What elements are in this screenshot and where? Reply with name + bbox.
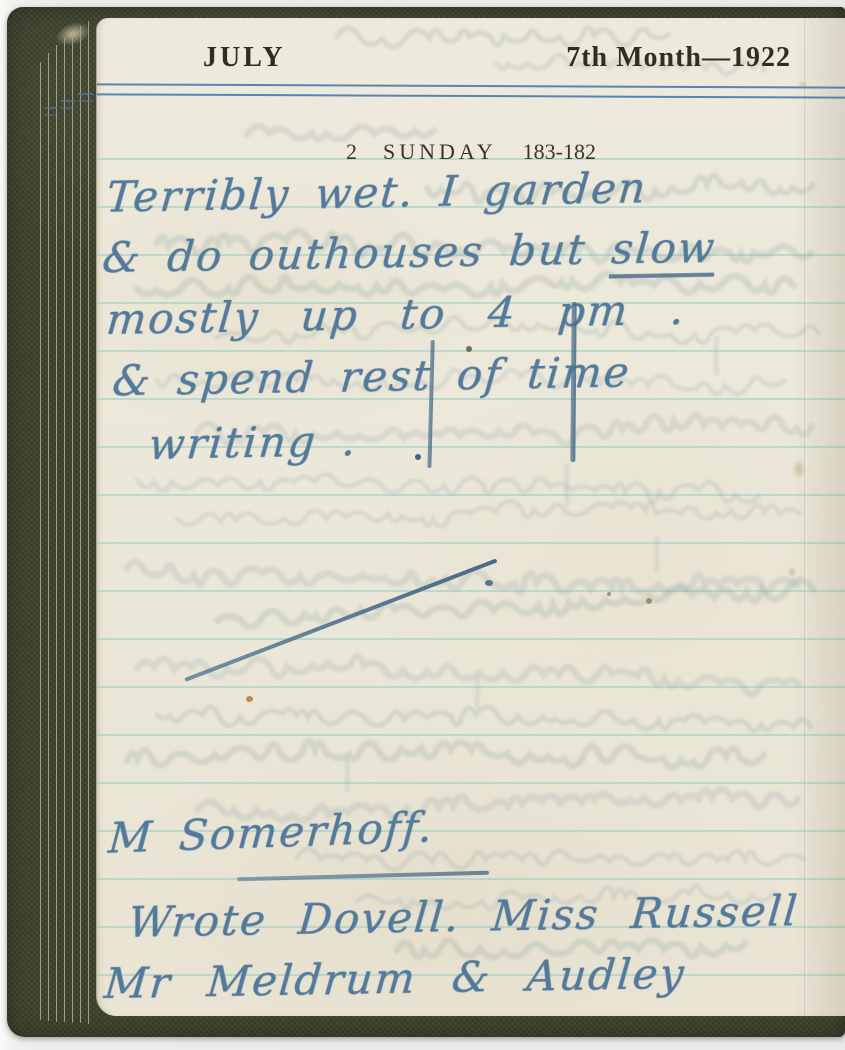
paper-stain bbox=[797, 80, 809, 90]
date-heading: 2 SUNDAY 183-182 bbox=[97, 139, 845, 165]
rule-bleed-dash bbox=[78, 100, 92, 102]
page-edge bbox=[48, 53, 49, 1021]
page-edge bbox=[64, 38, 65, 1022]
diary-page: JULY 7th Month—1922 2 SUNDAY 183-182 Ter… bbox=[96, 18, 845, 1016]
foxing-spot bbox=[246, 696, 253, 702]
foxing-spot bbox=[646, 598, 652, 604]
month-label: JULY bbox=[203, 42, 286, 74]
page-edge bbox=[56, 45, 57, 1022]
underlined-word: slow bbox=[609, 223, 718, 279]
handwriting-line-4: & spend rest of time bbox=[110, 347, 632, 405]
paper-stain bbox=[792, 458, 806, 480]
day-name: SUNDAY bbox=[383, 139, 497, 165]
rule-bleed-dash bbox=[61, 107, 74, 109]
gutter-shadow bbox=[793, 18, 845, 1016]
rule-bleed-dash bbox=[61, 100, 75, 102]
handwriting-line-7: Mr Meldrum & Audley bbox=[102, 949, 687, 1008]
handwriting-line-5: writing . bbox=[147, 416, 360, 469]
page-crease bbox=[804, 18, 807, 1016]
foxing-spot bbox=[466, 346, 472, 352]
rule-bleed-dash bbox=[45, 114, 56, 116]
pen-stroke-end-dot bbox=[485, 580, 493, 586]
ink-dot bbox=[415, 454, 421, 460]
foxing-spot bbox=[607, 592, 611, 596]
paper-stain bbox=[787, 566, 797, 578]
handwriting-line-2-text: & do outhouses but bbox=[100, 224, 613, 282]
rule-bleed-dash bbox=[78, 93, 93, 95]
handwriting-line-1: Terribly wet. I garden bbox=[104, 163, 649, 221]
rule-bleed-dash bbox=[45, 107, 57, 109]
page-edge bbox=[88, 21, 89, 1024]
day-number: 2 bbox=[346, 139, 357, 165]
handwriting-line-2: & do outhouses but slow bbox=[100, 223, 718, 283]
printed-header: JULY 7th Month—1922 bbox=[97, 42, 845, 78]
page-edge bbox=[80, 26, 81, 1023]
photo-backdrop: JULY 7th Month—1922 2 SUNDAY 183-182 Ter… bbox=[0, 0, 845, 1050]
day-of-year: 183-182 bbox=[523, 139, 596, 165]
handwriting-line-3: mostly up to 4 pm . bbox=[104, 285, 688, 344]
month-info: 7th Month—1922 bbox=[566, 42, 791, 74]
page-edge bbox=[40, 62, 41, 1020]
page-edge bbox=[72, 31, 73, 1023]
